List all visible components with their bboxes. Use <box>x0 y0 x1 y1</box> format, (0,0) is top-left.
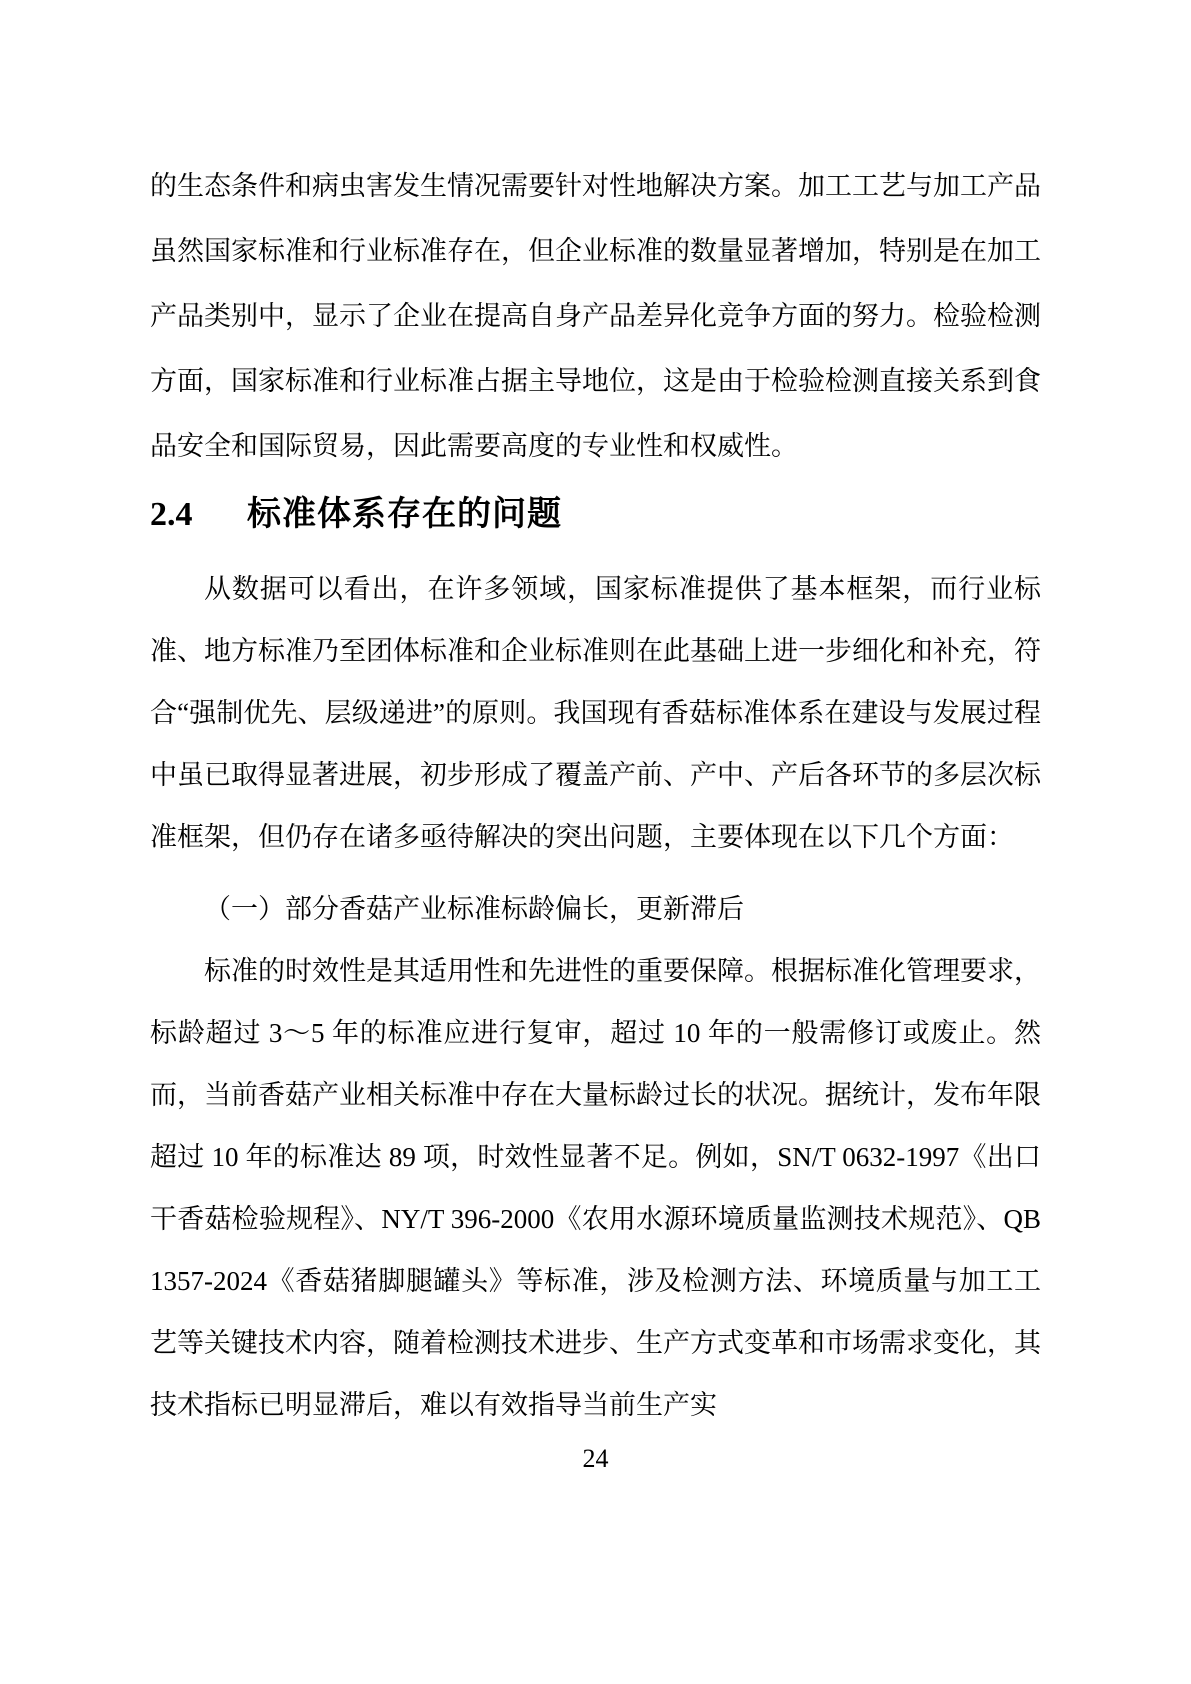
section-number: 2.4 <box>150 496 193 533</box>
paragraph-continuation: 的生态条件和病虫害发生情况需要针对性地解决方案。加工工艺与加工产品虽然国家标准和… <box>150 154 1041 479</box>
page-number: 24 <box>583 1444 609 1473</box>
paragraph-standard-age: 标准的时效性是其适用性和先进性的重要保障。根据标准化管理要求，标龄超过 3～5 … <box>150 940 1041 1436</box>
section-title: 标准体系存在的问题 <box>247 495 562 533</box>
list-item-heading: （一）部分香菇产业标准标龄偏长，更新滞后 <box>150 878 1041 940</box>
document-page: 的生态条件和病虫害发生情况需要针对性地解决方案。加工工艺与加工产品虽然国家标准和… <box>0 0 1191 1684</box>
page-footer: 24 <box>150 1444 1041 1478</box>
section-heading: 2.4 标准体系存在的问题 <box>150 492 1041 537</box>
paragraph-overview: 从数据可以看出，在许多领域，国家标准提供了基本框架，而行业标准、地方标准乃至团体… <box>150 558 1041 868</box>
